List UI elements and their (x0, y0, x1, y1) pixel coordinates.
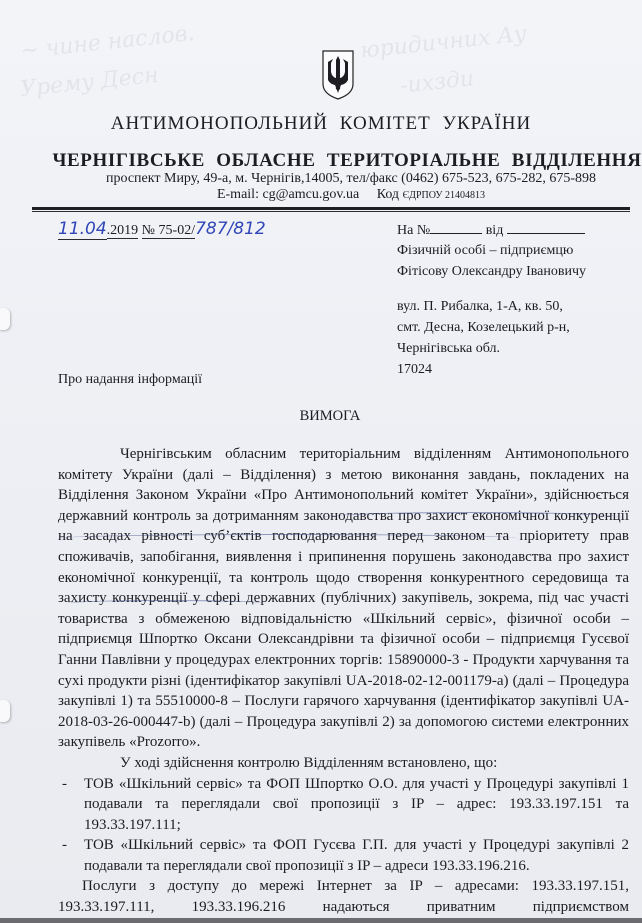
bullet-mark: - (58, 835, 84, 876)
code-label: Код (377, 187, 399, 202)
pen-underline-mark (322, 512, 622, 523)
pen-underline-mark (58, 534, 518, 543)
document-title: ВИМОГА (0, 408, 642, 425)
scan-bottom-edge (0, 918, 642, 923)
handwritten-registration-number: 787/812 (195, 219, 266, 239)
document-page: ~ чине наслов. Урему Десн юридичних Ау -… (0, 0, 642, 918)
recipient-address-block: вул. П. Рибалка, 1-А, кв. 50, смт. Десна… (397, 296, 570, 380)
recipient-street: вул. П. Рибалка, 1-А, кв. 50, (397, 296, 570, 317)
reference-date-label: від (486, 223, 504, 238)
body-paragraph-3-line-2: 193.33.197.111, 193.33.196.216 надаються… (58, 897, 629, 918)
reference-number-label: На № (397, 223, 430, 238)
body-paragraph-3-line-1: Послуги з доступу до мережі Інтернет за … (58, 876, 629, 897)
bleed-through-handwriting: Урему Десн (19, 63, 160, 102)
department-name: ЧЕРНІГІВСЬКЕ ОБЛАСНЕ ТЕРИТОРІАЛЬНЕ ВІДДІ… (0, 150, 642, 172)
punch-hole (0, 700, 10, 722)
printed-year: .2019 (107, 223, 139, 239)
reference-number-blank (430, 221, 482, 234)
bleed-through-handwriting: ~ чине наслов. (19, 21, 195, 64)
email-text: E-mail: cg@amcu.gov.ua (217, 187, 359, 202)
tryzub-coat-of-arms-icon (322, 50, 354, 100)
handwritten-date: 11.04 (58, 219, 107, 240)
recipient-postcode: 17024 (397, 359, 570, 380)
department-address: проспект Миру, 49-а, м. Чернігів,14005, … (0, 171, 642, 187)
reference-line: На № від (397, 221, 585, 239)
recipient-settlement: смт. Десна, Козелецький р-н, (397, 317, 570, 338)
bleed-through-handwriting: юридичних Ау (359, 21, 528, 63)
finding-text: ТОВ «Шкільний сервіс» та ФОП Шпортко О.О… (84, 774, 629, 836)
letter-subject: Про надання інформації (58, 372, 202, 388)
registration-line: 11.04.2019 № 75-02/787/812 (58, 219, 266, 239)
bullet-mark: - (58, 774, 84, 836)
edrpou-code: ЄДРПОУ 21404813 (403, 190, 485, 201)
recipient-name: Фітісову Олександру Івановичу (397, 261, 586, 282)
body-paragraph-1: Чернігівським обласним територіальним ві… (58, 444, 629, 753)
finding-item: - ТОВ «Шкільний сервіс» та ФОП Шпортко О… (58, 774, 629, 836)
recipient-block: Фізичній особі – підприємцю Фітісову Оле… (397, 240, 586, 282)
organization-name: АНТИМОНОПОЛЬНИЙ КОМІТЕТ УКРАЇНИ (0, 113, 642, 135)
punch-hole (0, 308, 10, 330)
recipient-region: Чернігівська обл. (397, 338, 570, 359)
registration-number-prefix: № 75-02/ (142, 223, 195, 239)
body-paragraph-2: У ході здійснення контролю Відділенням в… (58, 753, 629, 774)
recipient-title: Фізичній особі – підприємцю (397, 240, 586, 261)
letterhead-divider-thin (32, 211, 630, 212)
department-contacts: E-mail: cg@amcu.gov.ua Код ЄДРПОУ 214048… (0, 187, 642, 203)
letterhead-divider (32, 207, 630, 210)
finding-item: - ТОВ «Шкільний сервіс» та ФОП Гусєва Г.… (58, 835, 629, 876)
finding-text: ТОВ «Шкільний сервіс» та ФОП Гусєва Г.П.… (84, 835, 629, 876)
reference-date-blank (507, 221, 585, 234)
bleed-through-handwriting: -ихзди (399, 66, 475, 99)
pen-underline-mark (66, 600, 266, 607)
